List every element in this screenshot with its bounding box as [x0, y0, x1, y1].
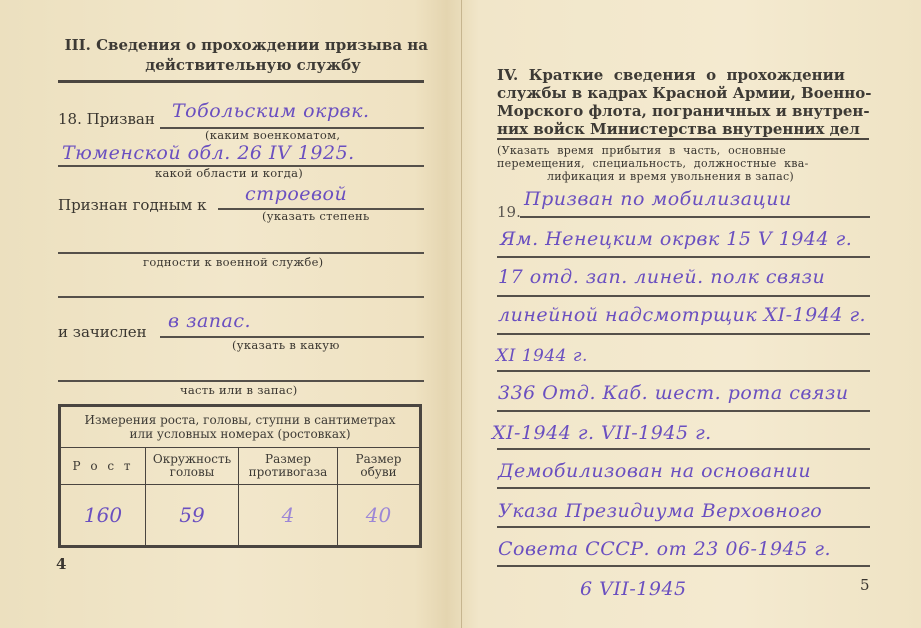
enlisted-hint-2: часть или в запас) — [180, 383, 298, 397]
measurements-table: Измерения роста, головы, ступни в сантим… — [58, 404, 422, 548]
field-18-handwritten-1: Тобольским окрвк. — [172, 100, 370, 122]
caption-line-1: Измерения роста, головы, ступни в сантим… — [61, 413, 419, 427]
service-line-5: XI 1944 г. — [496, 346, 588, 366]
service-line-6: 336 Отд. Каб. шест. рота связи — [498, 382, 849, 404]
fit-line-2 — [58, 252, 424, 254]
page-number-right: 5 — [860, 576, 870, 594]
field-18-label: 18. Призван — [58, 110, 155, 128]
service-line-2: Ям. Ненецким окрвк 15 V 1944 г. — [500, 228, 852, 250]
service-rule-9 — [497, 526, 870, 528]
header-head-line2: головы — [146, 466, 238, 479]
service-line-9: Указа Президиума Верховного — [498, 500, 822, 522]
service-rule-8 — [497, 487, 870, 489]
field-18-hint-2: какой области и когда) — [155, 166, 303, 180]
service-rule-5 — [497, 370, 870, 372]
page-number-left: 4 — [56, 555, 66, 573]
fit-label: Признан годным к — [58, 196, 206, 214]
instruction-line-3: лификация и время увольнения в запас) — [547, 170, 794, 183]
service-rule-7 — [497, 448, 870, 450]
header-gasmask: Размерпротивогаза — [239, 448, 338, 485]
service-rule-10 — [497, 565, 870, 567]
enlisted-hint-1: (указать в какую — [232, 338, 340, 352]
section-iv-title-line2: службы в кадрах Красной Армии, Военно- — [497, 84, 871, 102]
section-iv-divider — [497, 138, 869, 140]
right-page: IV. Краткие сведения о прохождении служб… — [462, 0, 921, 628]
value-height: 160 — [60, 485, 146, 547]
service-rule-1 — [520, 216, 870, 218]
header-height: Р о с т — [60, 448, 146, 485]
title-divider — [58, 80, 424, 83]
field-18-handwritten-2: Тюменской обл. 26 IV 1925. — [62, 142, 355, 164]
service-line-3: 17 отд. зап. линей. полк связи — [498, 266, 825, 288]
header-gasmask-line2: противогаза — [239, 466, 337, 479]
service-rule-4 — [497, 333, 870, 335]
passport-spread: III. Сведения о прохождении призыва на д… — [0, 0, 921, 628]
service-rule-2 — [497, 256, 870, 258]
fit-hint-1: (указать степень — [262, 209, 370, 223]
fit-line-3 — [58, 296, 424, 298]
section-iii-title-line1: III. Сведения о прохождении призыва на — [58, 36, 428, 54]
header-head: Окружностьголовы — [146, 448, 239, 485]
header-shoe: Размеробуви — [338, 448, 421, 485]
caption-line-2: или условных номерах (ростовках) — [61, 427, 419, 441]
service-rule-3 — [497, 295, 870, 297]
field-18-hint-1: (каким военкоматом, — [205, 128, 340, 142]
value-shoe: 40 — [338, 485, 421, 547]
fit-hint-2: годности к военной службе) — [143, 255, 323, 269]
section-iv-title-line3: Морского флота, пограничных и внутрен- — [497, 102, 870, 120]
value-gasmask: 4 — [239, 485, 338, 547]
instruction-line-1: (Указать время прибытия в часть, основны… — [497, 144, 786, 157]
header-shoe-line2: обуви — [338, 466, 419, 479]
service-line-4: линейной надсмотрщик XI-1944 г. — [498, 304, 866, 326]
header-height-label: Р о с т — [61, 460, 145, 473]
field-19-label: 19. — [497, 203, 521, 221]
enlisted-line-2 — [58, 380, 424, 382]
left-page: III. Сведения о прохождении призыва на д… — [0, 0, 460, 628]
service-rule-6 — [497, 410, 870, 412]
fit-handwritten: строевой — [245, 183, 347, 205]
enlisted-label: и зачислен — [58, 323, 147, 341]
table-caption: Измерения роста, головы, ступни в сантим… — [60, 406, 421, 448]
service-line-8: Демобилизован на основании — [498, 460, 811, 482]
service-line-11: 6 VII-1945 — [580, 578, 687, 600]
service-line-10: Совета СССР. от 23 06-1945 г. — [498, 538, 831, 560]
section-iv-title-line1: IV. Краткие сведения о прохождении — [497, 66, 845, 84]
section-iv-title-line4: них войск Министерства внутренних дел — [497, 120, 860, 138]
section-iii-title-line2: действительную службу — [58, 56, 428, 74]
service-line-1: Призван по мобилизации — [524, 188, 792, 210]
enlisted-handwritten: в запас. — [168, 310, 251, 332]
instruction-line-2: перемещения, специальность, должностные … — [497, 157, 809, 170]
service-line-7: XI-1944 г. VII-1945 г. — [492, 422, 712, 444]
value-head: 59 — [146, 485, 239, 547]
